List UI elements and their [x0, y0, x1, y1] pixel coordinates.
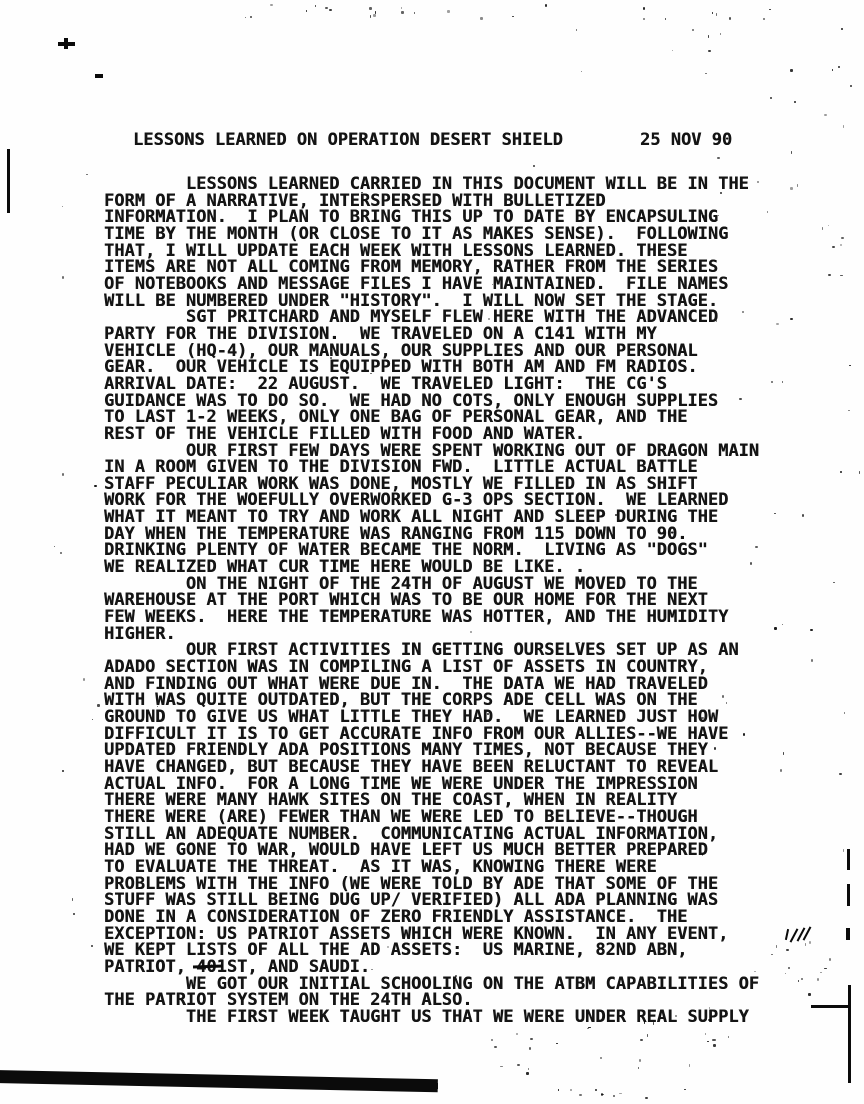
scan-noise-dot: [716, 13, 717, 16]
document-title: LESSONS LEARNED ON OPERATION DESERT SHIE…: [133, 130, 563, 150]
scan-noise-dot: [315, 5, 317, 7]
scan-noise-dot: [848, 410, 850, 411]
scan-mark-segment: [811, 1005, 849, 1008]
scan-noise-dot: [512, 16, 514, 17]
scan-noise-dot: [373, 14, 376, 17]
scan-noise-dot: [702, 215, 705, 217]
scan-noise-dot: [838, 66, 840, 68]
scan-noise-dot: [530, 1038, 532, 1041]
scan-noise-dot: [643, 7, 646, 10]
scan-noise-dot: [638, 1067, 639, 1069]
paragraph-3: OUR FIRST FEW DAYS WERE SPENT WORKING OU…: [104, 443, 804, 576]
scan-noise-dot: [455, 975, 457, 976]
bottom-scan-bar-stub: [420, 1083, 438, 1089]
scan-noise-dot: [728, 1036, 729, 1039]
document-body: LESSONS LEARNED CARRIED IN THIS DOCUMENT…: [104, 176, 804, 1025]
scan-noise-dot: [579, 1094, 582, 1095]
dash-mark: [95, 74, 103, 78]
scan-noise-dot: [840, 244, 842, 246]
scan-noise-dot: [644, 1021, 645, 1024]
bottom-scan-bar: [0, 1070, 438, 1092]
scan-noise-dot: [387, 946, 389, 948]
scan-noise-dot: [600, 1057, 603, 1059]
scan-noise-dot: [788, 967, 790, 969]
scan-noise-dot: [713, 1044, 716, 1047]
scan-noise-dot: [808, 993, 811, 996]
scan-noise-dot: [791, 151, 792, 154]
scan-noise-dot: [401, 7, 402, 9]
scan-noise-dot: [86, 174, 88, 175]
scan-noise-dot: [859, 471, 860, 473]
scan-noise-dot: [757, 181, 759, 183]
scan-noise-dot: [755, 546, 757, 548]
scan-noise-dot: [329, 9, 332, 11]
scan-noise-dot: [844, 712, 845, 714]
scan-noise-dot: [705, 1033, 706, 1035]
scan-noise-dot: [83, 678, 85, 681]
scan-noise-dot: [447, 10, 450, 13]
paragraph-5: OUR FIRST ACTIVITIES IN GETTING OURSELVE…: [104, 642, 804, 975]
scan-noise-dot: [810, 629, 813, 631]
scan-noise-dot: [750, 562, 752, 565]
scan-noise-dot: [712, 12, 714, 13]
scan-noise-dot: [780, 769, 782, 772]
scan-noise-dot: [480, 17, 483, 20]
scan-noise-dot: [705, 73, 707, 74]
scan-noise-dot: [60, 552, 63, 554]
scan-noise-dot: [828, 225, 829, 227]
scan-mark-segment: [847, 884, 850, 906]
scan-noise-dot: [250, 16, 252, 18]
scan-noise-dot: [369, 7, 372, 10]
scan-noise-dot: [665, 18, 666, 20]
scan-noise-dot: [708, 35, 709, 38]
scan-noise-dot: [689, 1064, 690, 1067]
scan-noise-dot: [824, 968, 826, 969]
scan-noise-dot: [210, 776, 211, 777]
scan-noise-dot: [73, 913, 75, 915]
scan-noise-dot: [640, 1039, 643, 1041]
scan-noise-dot: [72, 898, 73, 900]
scan-noise-dot: [558, 1089, 559, 1091]
scan-noise-dot: [703, 832, 704, 835]
scan-noise-dot: [841, 28, 843, 30]
paragraph-1: LESSONS LEARNED CARRIED IN THIS DOCUMENT…: [104, 176, 804, 309]
scan-noise-dot: [790, 187, 792, 190]
scan-noise-dot: [712, 1039, 715, 1041]
scan-noise-dot: [822, 227, 823, 230]
scan-noise-dot: [829, 958, 831, 961]
scan-noise-dot: [742, 311, 743, 314]
scan-noise-dot: [533, 165, 535, 167]
paragraph-4: ON THE NIGHT OF THE 24TH OF AUGUST WE MO…: [104, 576, 804, 643]
scan-mark-segment: [848, 985, 851, 1083]
scan-noise-dot: [828, 274, 830, 276]
paragraph-6: WE GOT OUR INITIAL SCHOOLING ON THE ATBM…: [104, 976, 804, 1009]
scan-noise-dot: [684, 1089, 686, 1090]
scan-noise-dot: [500, 1066, 503, 1068]
scan-noise-dot: [811, 659, 813, 662]
scan-mark-segment: [847, 849, 850, 870]
scan-noise-dot: [613, 1095, 615, 1097]
scan-noise-dot: [840, 275, 842, 277]
document-page: LESSONS LEARNED ON OPERATION DESERT SHIE…: [0, 0, 864, 1104]
scan-noise-dot: [743, 733, 745, 735]
scan-noise-dot: [708, 50, 711, 52]
scan-noise-dot: [720, 192, 722, 194]
scan-noise-dot: [633, 369, 634, 371]
scan-noise-dot: [729, 17, 732, 20]
scan-noise-dot: [832, 246, 835, 248]
scan-noise-dot: [528, 1068, 529, 1071]
scan-noise-dot: [833, 582, 835, 583]
scan-noise-dot: [783, 752, 785, 755]
scan-noise-dot: [820, 972, 822, 973]
scan-noise-dot: [581, 71, 582, 72]
scan-mark-segment: [846, 928, 850, 940]
scan-noise-dot: [576, 29, 578, 30]
document-date: 25 NOV 90: [640, 130, 732, 150]
scan-noise-dot: [754, 971, 756, 973]
scan-noise-dot: [370, 15, 371, 18]
scan-noise-dot: [270, 4, 273, 6]
scan-noise-dot: [849, 365, 851, 366]
scan-noise-dot: [491, 1039, 492, 1041]
scan-noise-dot: [62, 276, 64, 278]
scan-noise-dot: [601, 1093, 603, 1096]
left-margin-scan-line: [7, 149, 10, 213]
plus-mark-bar: [64, 38, 68, 49]
scan-noise-dot: [739, 398, 742, 401]
scan-noise-dot: [325, 7, 328, 8]
scan-noise-dot: [414, 12, 415, 14]
scan-noise-dot: [97, 704, 100, 707]
scan-noise-dot: [570, 1089, 572, 1091]
scan-noise-dot: [786, 949, 789, 952]
scan-noise-dot: [770, 97, 772, 99]
scan-noise-dot: [692, 29, 694, 31]
scan-noise-dot: [850, 85, 852, 87]
scan-noise-dot: [556, 1043, 558, 1045]
scan-noise-dot: [595, 1089, 597, 1092]
scan-noise-dot: [401, 11, 404, 14]
scan-noise-dot: [526, 1072, 529, 1075]
scan-noise-dot: [62, 206, 63, 207]
scan-noise-dot: [771, 954, 772, 955]
scan-noise-dot: [802, 514, 804, 517]
scan-noise-dot: [615, 514, 617, 515]
scan-noise-dot: [824, 114, 826, 117]
scan-noise-dot: [62, 770, 64, 772]
scan-noise-dot: [375, 11, 376, 14]
scan-noise-dot: [832, 69, 833, 71]
scan-noise-dot: [92, 719, 93, 720]
scan-noise-dot: [306, 10, 308, 13]
scan-noise-dot: [843, 849, 844, 852]
scan-noise-dot: [840, 471, 842, 473]
paragraph-7: THE FIRST WEEK TAUGHT US THAT WE WERE UN…: [104, 1009, 804, 1026]
scan-noise-dot: [545, 4, 547, 6]
scan-noise-dot: [774, 627, 777, 630]
scan-noise-dot: [717, 157, 720, 159]
scan-noise-dot: [809, 941, 811, 943]
scan-noise-dot: [62, 473, 64, 475]
scan-noise-dot: [587, 1028, 590, 1029]
scan-noise-dot: [801, 978, 803, 980]
scan-noise-dot: [494, 1046, 496, 1048]
scan-noise-dot: [707, 1041, 709, 1042]
scan-noise-dot: [843, 125, 844, 128]
scan-noise-dot: [805, 943, 807, 946]
scan-noise-dot: [841, 237, 844, 239]
scan-noise-dot: [516, 1033, 518, 1035]
scan-noise-dot: [708, 1019, 711, 1021]
scan-noise-dot: [245, 17, 247, 18]
paragraph-2: SGT PRITCHARD AND MYSELF FLEW HERE WITH …: [104, 309, 804, 442]
scan-noise-dot: [619, 1093, 622, 1094]
scan-noise-dot: [54, 546, 56, 547]
scan-noise-dot: [790, 69, 792, 72]
scan-noise-dot: [94, 485, 96, 487]
scan-noise-dot: [645, 1097, 648, 1099]
scan-noise-dot: [769, 9, 771, 10]
scan-noise-dot: [790, 318, 793, 320]
scan-noise-dot: [91, 945, 93, 947]
scan-noise-dot: [839, 773, 842, 774]
scan-noise-dot: [720, 33, 721, 35]
scan-noise-dot: [492, 284, 493, 285]
scan-noise-dot: [672, 50, 673, 51]
scan-noise-dot: [763, 18, 765, 20]
scan-noise-dot: [817, 978, 819, 980]
scan-noise-dot: [517, 1064, 519, 1065]
scan-noise-dot: [529, 1047, 530, 1050]
scan-noise-dot: [643, 18, 645, 20]
scan-noise-dot: [639, 1059, 640, 1062]
scan-noise-dot: [794, 101, 797, 103]
scan-noise-dot: [647, 1034, 648, 1037]
scan-noise-dot: [722, 695, 724, 698]
